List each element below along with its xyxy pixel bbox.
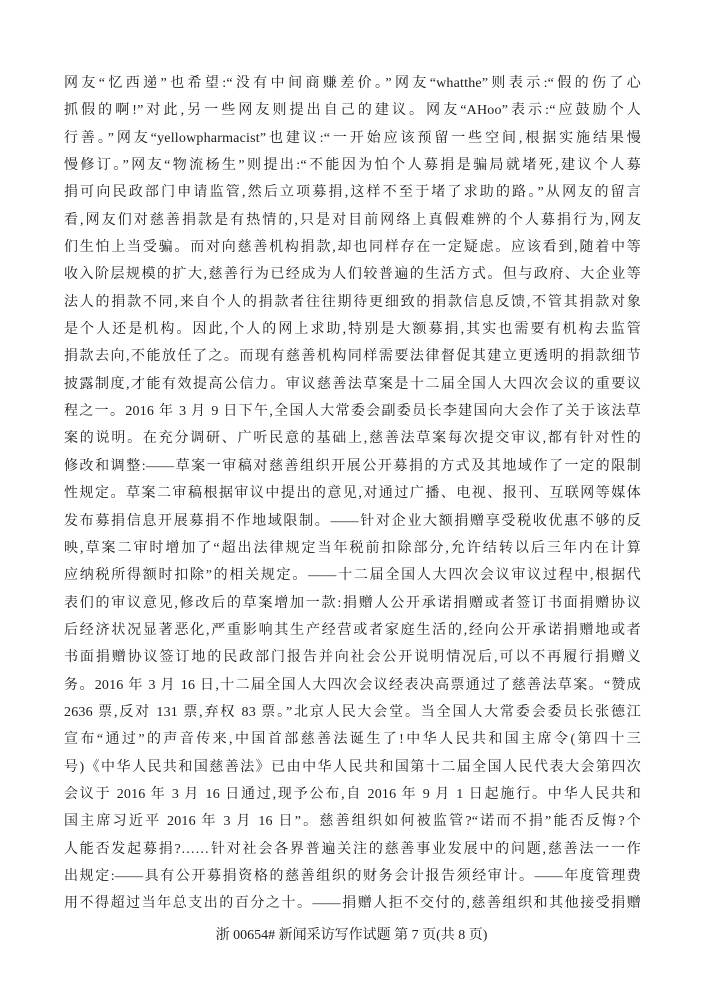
text-line: 国主席习近平 2016 年 3 月 16 日”。慈善组织如何被监管?“诺而不捐”… [64,808,641,835]
text-line: 是个人还是机构。因此,个人的网上求助,特别是大额募捐,其实也需要有机构去监管 [64,316,641,343]
text-line: 2636 票,反对 131 票,弃权 83 票。”北京人民大会堂。当全国人大常委… [64,699,641,726]
text-line: 们生怕上当受骗。而对向慈善机构捐款,却也同样存在一定疑虑。应该看到,随着中等 [64,234,641,261]
text-line: 法人的捐款不同,来自个人的捐款者往往期待更细致的捐款信息反馈,不管其捐款对象 [64,289,641,316]
document-page: 网友“忆西递”也希望:“没有中间商赚差价。”网友“whatthe”则表示:“假的… [0,0,703,987]
text-line: 案的说明。在充分调研、广听民意的基础上,慈善法草案每次提交审议,都有针对性的 [64,425,641,452]
text-line: 号)《中华人民共和国慈善法》已由中华人民共和国第十二届全国人民代表大会第四次 [64,754,641,781]
text-line: 捐可向民政部门申请监管,然后立项募捐,这样不至于堵了求助的路。”从网友的留言 [64,179,641,206]
text-line: 人能否发起募捐?……针对社会各界普遍关注的慈善事业发展中的问题,慈善法一一作 [64,836,641,863]
text-line: 务。2016 年 3 月 16 日,十二届全国人大四次会议经表决高票通过了慈善法… [64,672,641,699]
text-line: 修改和调整:——草案一审稿对慈善组织开展公开募捐的方式及其地域作了一定的限制 [64,453,641,480]
text-line: 发布募捐信息开展募捐不作地域限制。——针对企业大额捐赠享受税收优惠不够的反 [64,508,641,535]
text-line: 慢修订。”网友“物流杨生”则提出:“不能因为怕个人募捐是骗局就堵死,建议个人募 [64,152,641,179]
text-line: 映,草案二审时增加了“超出法律规定当年税前扣除部分,允许结转以后三年内在计算 [64,535,641,562]
text-line: 宣布“通过”的声音传来,中国首部慈善法诞生了!中华人民共和国主席令(第四十三 [64,726,641,753]
page-footer: 浙 00654# 新闻采访写作试题 第 7 页(共 8 页) [0,926,703,946]
text-line: 看,网友们对慈善捐款是有热情的,只是对目前网络上真假难辨的个人募捐行为,网友 [64,207,641,234]
text-line: 用不得超过当年总支出的百分之十。——捐赠人拒不交付的,慈善组织和其他接受捐赠 [64,890,641,917]
text-line: 性规定。草案二审稿根据审议中提出的意见,对通过广播、电视、报刊、互联网等媒体 [64,480,641,507]
text-line: 后经济状况显著恶化,严重影响其生产经营或者家庭生活的,经向公开承诺捐赠地或者 [64,617,641,644]
text-line: 应纳税所得额时扣除”的相关规定。——十二届全国人大四次会议审议过程中,根据代 [64,562,641,589]
text-line: 表们的审议意见,修改后的草案增加一款:捐赠人公开承诺捐赠或者签订书面捐赠协议 [64,590,641,617]
text-line: 会议于 2016 年 3 月 16 日通过,现予公布,自 2016 年 9 月 … [64,781,641,808]
text-line: 收入阶层规模的扩大,慈善行为已经成为人们较普遍的生活方式。但与政府、大企业等 [64,261,641,288]
text-line: 书面捐赠协议签订地的民政部门报告并向社会公开说明情况后,可以不再履行捐赠义 [64,644,641,671]
text-line: 抓假的啊!”对此,另一些网友则提出自己的建议。网友“AHoo”表示:“应鼓励个人 [64,97,641,124]
text-line: 行善。”网友“yellowpharmacist”也建议:“一开始应该预留一些空间… [64,125,641,152]
text-line: 出规定:——具有公开募捐资格的慈善组织的财务会计报告须经审计。——年度管理费 [64,863,641,890]
body-text-block: 网友“忆西递”也希望:“没有中间商赚差价。”网友“whatthe”则表示:“假的… [64,70,641,918]
text-line: 程之一。2016 年 3 月 9 日下午,全国人大常委会副委员长李建国向大会作了… [64,398,641,425]
text-line: 网友“忆西递”也希望:“没有中间商赚差价。”网友“whatthe”则表示:“假的… [64,70,641,97]
text-line: 捐款去向,不能放任了之。而现有慈善机构同样需要法律督促其建立更透明的捐款细节 [64,343,641,370]
text-line: 披露制度,才能有效提高公信力。审议慈善法草案是十二届全国人大四次会议的重要议 [64,371,641,398]
